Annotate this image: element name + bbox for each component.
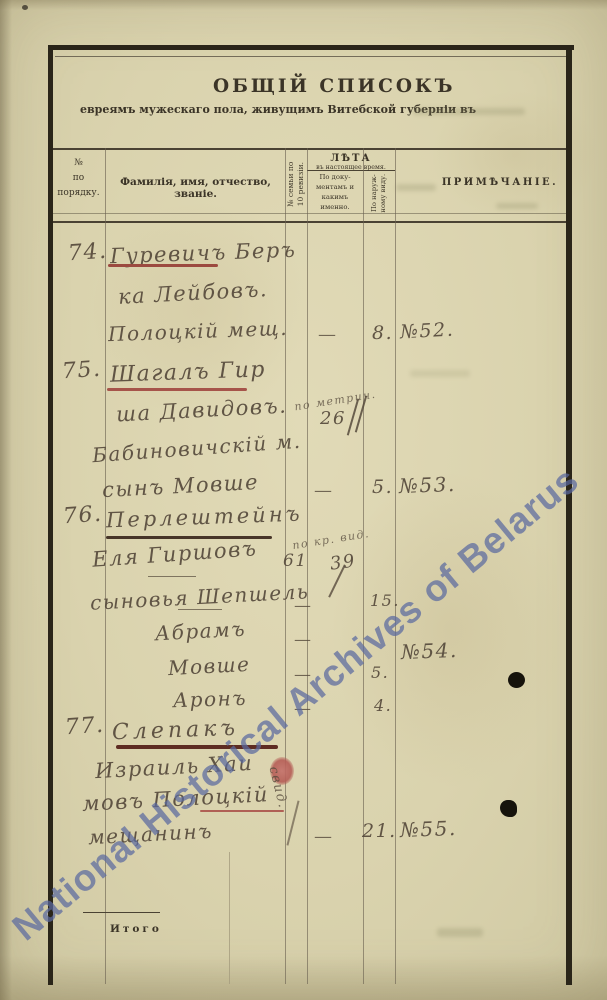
age-doc-dash: — [314, 826, 332, 847]
age-doc-dash: — [314, 480, 332, 501]
header-notes-column-label: ПРИМѢЧАНІЕ. [420, 177, 580, 188]
record-number-note: №52. [399, 319, 454, 344]
header-by-appearance-label: По наруж- ному виду. [370, 165, 388, 221]
entry-line: Аронъ [173, 686, 248, 713]
column-line-bydoc [363, 148, 364, 984]
age-by-doc: 61 [283, 551, 308, 571]
scanned-archive-page: { "watermark": { "text": "National Histo… [0, 0, 607, 1000]
header-by-documents-label: По доку- ментамъ и какимъ именно. [308, 173, 362, 212]
bleed-through-mark [413, 108, 525, 115]
header-name-column-label: Фамилія, имя, отчество, званіе. [106, 176, 285, 200]
age-doc-dash: — [294, 630, 311, 650]
age-doc-dash: — [294, 596, 311, 616]
entry-number: 77. [64, 713, 105, 741]
itogo-label: Итого [110, 923, 162, 935]
entry-number: 76. [62, 502, 103, 530]
age-doc-dash: — [318, 324, 336, 345]
son-age: 4. [374, 696, 392, 715]
punch-hole [508, 672, 525, 688]
frame-border-top [48, 45, 574, 50]
header-top-rule [53, 148, 566, 150]
column-line-byview [395, 148, 396, 984]
red-underline [108, 264, 218, 267]
entry-line: Мовше [167, 652, 251, 680]
entry-line: Абрамъ [154, 617, 246, 646]
header-age-title: ЛѢТА [307, 153, 395, 164]
bleed-through-mark [396, 184, 436, 191]
record-number-note: №53. [399, 472, 457, 498]
header-bottom-rule-thin [53, 213, 566, 214]
record-number-note: №54. [401, 638, 459, 664]
page-title: ОБЩІЙ СПИСОКЪ [213, 76, 455, 97]
crease-line [229, 852, 230, 984]
age-by-doc: 26 [320, 408, 346, 429]
entry-number: 75. [61, 357, 102, 385]
record-number-note: №55. [400, 816, 458, 842]
header-bottom-rule [53, 221, 566, 223]
header-family-column-label: № семьи по 10 ревизіи. [286, 150, 306, 218]
age-by-view: 8. [372, 322, 393, 344]
bleed-through-mark [437, 928, 483, 937]
frame-inner-line-top [55, 56, 569, 57]
entry-number: 74. [67, 239, 108, 267]
punch-hole [500, 800, 517, 817]
ink-underline [178, 609, 222, 610]
bleed-through-mark [410, 370, 470, 377]
bleed-through-mark [496, 203, 538, 209]
age-by-view: 5. [372, 476, 393, 498]
red-underline [200, 810, 284, 812]
header-order-column-label: № по порядку. [52, 156, 105, 201]
ink-speck [22, 5, 28, 10]
age-by-view: 21. [362, 820, 397, 842]
red-underline [107, 388, 247, 391]
ink-underline [148, 576, 196, 577]
itogo-line [83, 912, 160, 913]
